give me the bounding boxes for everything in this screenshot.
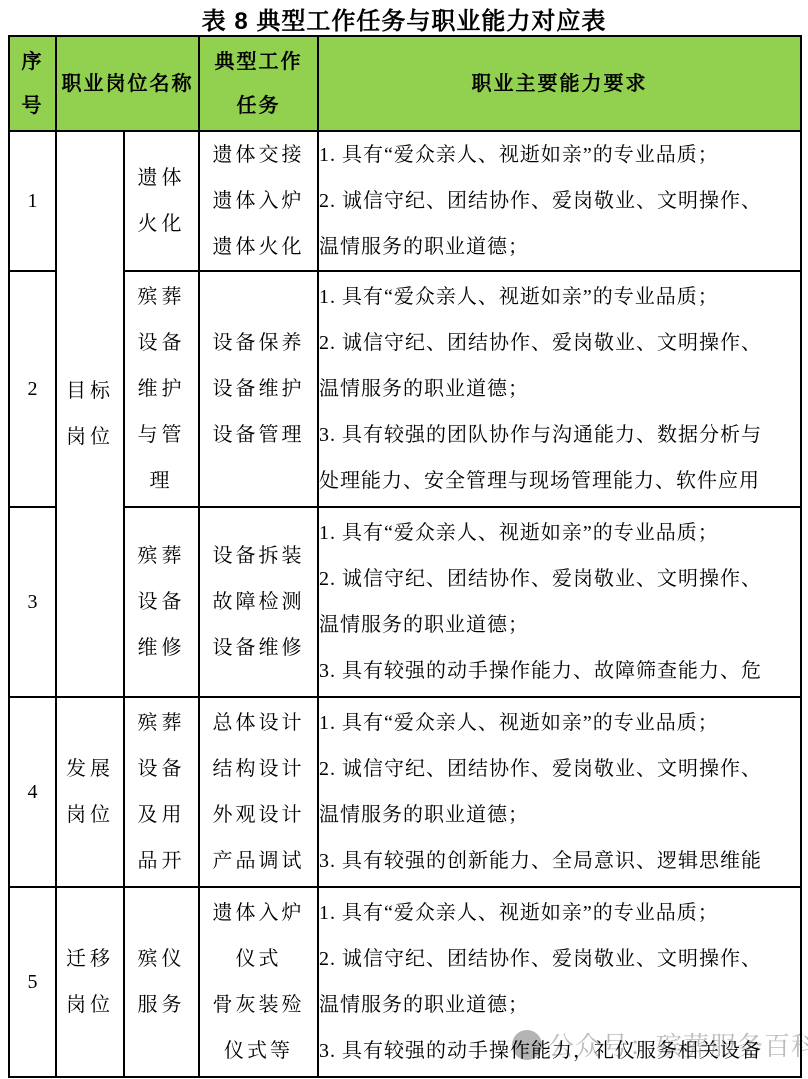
abilities-cell: 1. 具有“爱众亲人、视逝如亲”的专业品质； 2. 诚信守纪、团结协作、爱岗敬业… (318, 271, 801, 507)
header-position-name: 职业岗位名称 (56, 36, 199, 131)
abilities-cell: 1. 具有“爱众亲人、视逝如亲”的专业品质； 2. 诚信守纪、团结协作、爱岗敬业… (318, 507, 801, 697)
position-cell: 遗体 火化 (124, 131, 199, 271)
tasks-cell: 设备拆装 故障检测 设备维修 (199, 507, 318, 697)
position-group-cell: 迁移 岗位 (56, 887, 124, 1077)
table-row-4: 4 发展 岗位 殡葬 设备 及用 品开 总体设计 结构设计 外观设计 产品调试 … (9, 697, 801, 887)
header-seq: 序 号 (9, 36, 56, 131)
seq-cell: 4 (9, 697, 56, 887)
seq-cell: 3 (9, 507, 56, 697)
tasks-cell: 遗体交接 遗体入炉 遗体火化 (199, 131, 318, 271)
position-cell: 殡仪 服务 (124, 887, 199, 1077)
abilities-cell: 1. 具有“爱众亲人、视逝如亲”的专业品质； 2. 诚信守纪、团结协作、爱岗敬业… (318, 697, 801, 887)
table-row-5: 5 迁移 岗位 殡仪 服务 遗体入炉 仪式 骨灰装殓 仪式等 1. 具有“爱众亲… (9, 887, 801, 1077)
seq-cell: 1 (9, 131, 56, 271)
abilities-cell: 1. 具有“爱众亲人、视逝如亲”的专业品质； 2. 诚信守纪、团结协作、爱岗敬业… (318, 131, 801, 271)
table-row-3: 3 殡葬 设备 维修 设备拆装 故障检测 设备维修 1. 具有“爱众亲人、视逝如… (9, 507, 801, 697)
tasks-cell: 遗体入炉 仪式 骨灰装殓 仪式等 (199, 887, 318, 1077)
seq-cell: 5 (9, 887, 56, 1077)
seq-cell: 2 (9, 271, 56, 507)
tasks-cell: 总体设计 结构设计 外观设计 产品调试 (199, 697, 318, 887)
header-row: 序 号 职业岗位名称 典型工作 任务 职业主要能力要求 (9, 36, 801, 131)
position-cell: 殡葬 设备 维修 (124, 507, 199, 697)
position-cell: 殡葬 设备 及用 品开 (124, 697, 199, 887)
header-ability-requirement: 职业主要能力要求 (318, 36, 801, 131)
header-typical-task: 典型工作 任务 (199, 36, 318, 131)
position-cell: 殡葬 设备 维护 与管 理 (124, 271, 199, 507)
position-group-cell: 发展 岗位 (56, 697, 124, 887)
tasks-cell: 设备保养 设备维护 设备管理 (199, 271, 318, 507)
task-ability-table: 序 号 职业岗位名称 典型工作 任务 职业主要能力要求 1 目标 岗位 遗体 火… (8, 35, 802, 1078)
page-title: 表 8 典型工作任务与职业能力对应表 (0, 1, 808, 36)
table-row-2: 2 殡葬 设备 维护 与管 理 设备保养 设备维护 设备管理 1. 具有“爱众亲… (9, 271, 801, 507)
table-row-1: 1 目标 岗位 遗体 火化 遗体交接 遗体入炉 遗体火化 1. 具有“爱众亲人、… (9, 131, 801, 271)
abilities-cell: 1. 具有“爱众亲人、视逝如亲”的专业品质； 2. 诚信守纪、团结协作、爱岗敬业… (318, 887, 801, 1077)
position-group-cell: 目标 岗位 (56, 131, 124, 697)
